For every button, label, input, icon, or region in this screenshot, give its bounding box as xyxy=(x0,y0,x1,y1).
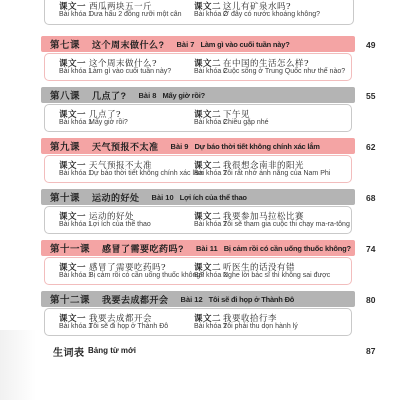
lesson-section: 第八课 几点了? Bài 8 Mấy giờ rồi? 55 课文一 几点了? … xyxy=(41,87,355,131)
toc-continued-box: 课文一 西瓜两块五一斤 Bài khóa 1 Dưa hấu 2 đồng rư… xyxy=(44,0,354,25)
lesson-title-vn: Làm gì vào cuối tuần này? xyxy=(200,40,289,49)
section-body: 课文一 运动的好处 Bài khóa 1 Lợi ích của thể tha… xyxy=(44,206,352,234)
lesson-number-vn: Bài 12 xyxy=(181,295,203,304)
vocab-list-title-cn: 生词表 xyxy=(53,344,85,359)
text1-vn: Tôi sẽ đi họp ở Thành Đô xyxy=(89,323,168,330)
text1-label-vn: Bài khóa 1 xyxy=(59,323,92,330)
text1-label-vn: Bài khóa 1 xyxy=(59,11,92,18)
page-number: 74 xyxy=(366,244,396,254)
text1-vn: Bị cảm rồi có cần uống thuốc không? xyxy=(89,272,204,279)
lesson-number-vn: Bài 10 xyxy=(152,193,174,202)
text1-label-vn: Bài khóa 1 xyxy=(59,170,92,177)
lesson-section: 第七课 这个周末做什么? Bài 7 Làm gì vào cuối tuần … xyxy=(41,36,355,80)
page-number: 49 xyxy=(366,40,396,50)
lesson-number-cn: 第八课 xyxy=(50,88,80,102)
section-header: 第八课 几点了? Bài 8 Mấy giờ rồi? xyxy=(41,87,355,103)
text1-vn: Dự báo thời tiết không chính xác lắm xyxy=(89,170,204,177)
section-body: 课文一 我要去成都开会 Bài khóa 1 Tôi sẽ đi họp ở T… xyxy=(44,308,352,336)
section-header: 第九课 天气预报不太准 Bài 9 Dự báo thời tiết không… xyxy=(41,138,355,154)
lesson-number-cn: 第七课 xyxy=(50,37,80,51)
text1-vn: Mấy giờ rồi? xyxy=(89,119,128,126)
lesson-section: 第九课 天气预报不太准 Bài 9 Dự báo thời tiết không… xyxy=(41,138,355,182)
lesson-title-cn: 我要去成都开会 xyxy=(102,293,169,306)
text2-vn: Cuộc sống ở Trung Quốc như thế nào? xyxy=(223,68,345,75)
text2-vn: Tôi rất nhớ ánh nắng của Nam Phi xyxy=(223,170,330,177)
text1-label-vn: Bài khóa 1 xyxy=(59,119,92,126)
lesson-number-cn: 第十一课 xyxy=(50,241,90,255)
lesson-title-cn: 运动的好处 xyxy=(92,191,140,204)
toc-page: 课文一 西瓜两块五一斤 Bài khóa 1 Dưa hấu 2 đồng rư… xyxy=(0,0,400,400)
text1-label-vn: Bài khóa 1 xyxy=(59,68,92,75)
lesson-title-vn: Bị cảm rồi có cần uống thuốc không? xyxy=(224,244,351,253)
section-header: 第十一课 感冒了需要吃药吗? Bài 11 Bị cảm rồi có cần … xyxy=(41,240,355,256)
text1-vn: Lợi ích của thể thao xyxy=(89,221,151,228)
text1-label-vn: Bài khóa 1 xyxy=(59,221,92,228)
vocab-list-page-number: 87 xyxy=(366,346,375,356)
lesson-title-cn: 感冒了需要吃药吗? xyxy=(102,242,184,255)
section-header: 第七课 这个周末做什么? Bài 7 Làm gì vào cuối tuần … xyxy=(41,36,355,52)
lesson-number-vn: Bài 11 xyxy=(196,244,218,253)
lesson-section: 第十一课 感冒了需要吃药吗? Bài 11 Bị cảm rồi có cần … xyxy=(41,240,355,284)
page-edge-shadow xyxy=(0,330,36,400)
lesson-title-cn: 天气预报不太准 xyxy=(92,140,159,153)
section-header: 第十课 运动的好处 Bài 10 Lợi ích của thể thao xyxy=(41,189,355,205)
lesson-title-vn: Dự báo thời tiết không chính xác lắm xyxy=(194,142,319,151)
lesson-number-vn: Bài 9 xyxy=(171,142,189,151)
text1-label-vn: Bài khóa 1 xyxy=(59,272,92,279)
vocab-list-row: 生词表 Bảng từ mới 87 xyxy=(41,344,355,360)
lesson-title-cn: 几点了? xyxy=(92,89,127,102)
section-body: 课文一 感冒了需要吃药吗? Bài khóa 1 Bị cảm rồi có c… xyxy=(44,257,352,285)
text1-vn: Làm gì vào cuối tuần này? xyxy=(89,68,171,75)
vocab-list-title-vn: Bảng từ mới xyxy=(88,346,136,355)
page-number: 62 xyxy=(366,142,396,152)
page-number: 68 xyxy=(366,193,396,203)
text2-vn: Tôi phải thu dọn hành lý xyxy=(223,323,298,330)
lesson-title-vn: Tôi sẽ đi họp ở Thành Đô xyxy=(209,295,295,304)
page-number: 80 xyxy=(366,295,396,305)
text2-vn: Chiều gặp nhé xyxy=(223,119,269,126)
section-body: 课文一 这个周末做什么? Bài khóa 1 Làm gì vào cuối … xyxy=(44,53,352,81)
page-number: 55 xyxy=(366,91,396,101)
lesson-title-vn: Lợi ích của thể thao xyxy=(180,193,247,202)
text2-vn: Tôi sẽ tham gia cuộc thi chạy ma-ra-tông xyxy=(223,221,350,228)
section-body: 课文一 天气预报不太准 Bài khóa 1 Dự báo thời tiết … xyxy=(44,155,352,183)
section-body: 课文一 几点了? Bài khóa 1 Mấy giờ rồi? 课文二 下午见… xyxy=(44,104,352,132)
section-header: 第十二课 我要去成都开会 Bài 12 Tôi sẽ đi họp ở Thàn… xyxy=(41,291,355,307)
lesson-title-cn: 这个周末做什么? xyxy=(92,38,165,51)
text2-vn: Nghe lời bác sĩ thì không sai được xyxy=(223,272,330,279)
lesson-number-cn: 第十课 xyxy=(50,190,80,204)
lesson-number-cn: 第十二课 xyxy=(50,292,90,306)
lesson-number-vn: Bài 8 xyxy=(139,91,157,100)
text1-vn: Dưa hấu 2 đồng rưỡi một cân xyxy=(89,11,182,18)
lesson-number-vn: Bài 7 xyxy=(177,40,195,49)
lesson-number-cn: 第九课 xyxy=(50,139,80,153)
lesson-section: 第十二课 我要去成都开会 Bài 12 Tôi sẽ đi họp ở Thàn… xyxy=(41,291,355,335)
lesson-title-vn: Mấy giờ rồi? xyxy=(162,91,205,100)
lesson-section: 第十课 运动的好处 Bài 10 Lợi ích của thể thao 68… xyxy=(41,189,355,233)
text2-vn: Ở đây có nước khoáng không? xyxy=(223,11,320,18)
